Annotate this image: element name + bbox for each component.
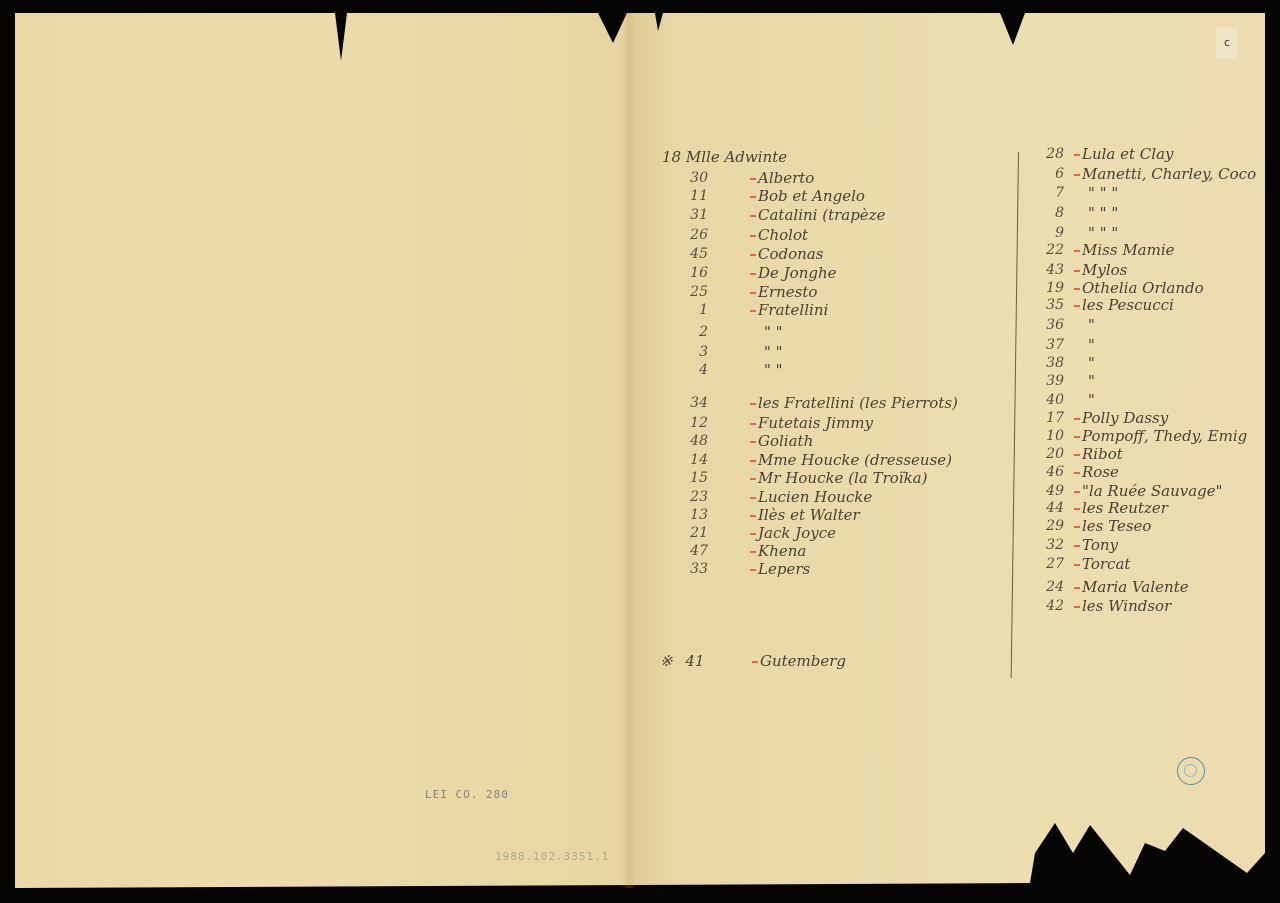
- header-entry: 18 Mlle Adwinte: [662, 148, 787, 166]
- entry-number: 36: [1036, 317, 1064, 333]
- entry-number: 42: [1036, 598, 1064, 614]
- entry-name: Futetais Jimmy: [758, 414, 873, 432]
- corner-label: c: [1216, 27, 1238, 59]
- entry-name: Lepers: [758, 560, 810, 578]
- list-item: les Fratellini (les Pierrots): [750, 394, 958, 412]
- entry-number: 31: [680, 207, 708, 223]
- list-item: Torcat: [1074, 555, 1130, 573]
- entry-name: ": [1088, 316, 1095, 334]
- red-mark-icon: [1074, 250, 1080, 252]
- entry-name: Miss Mamie: [1082, 241, 1175, 259]
- entry-name: Ernesto: [758, 283, 817, 301]
- entry-name: Fratellini: [758, 301, 828, 319]
- list-item: Lucien Houcke: [750, 488, 872, 506]
- entry-number: 22: [1036, 242, 1064, 258]
- list-item: De Jonghe: [750, 264, 837, 282]
- red-mark-icon: [1074, 606, 1080, 608]
- red-mark-icon: [1074, 472, 1080, 474]
- entry-name: Goliath: [758, 432, 813, 450]
- entry-number: 35: [1036, 297, 1064, 313]
- entry-number: 34: [680, 395, 708, 411]
- entry-name: Ribot: [1082, 445, 1123, 463]
- list-item: Mylos: [1074, 261, 1127, 279]
- entry-name: "la Ruée Sauvage": [1082, 482, 1223, 500]
- list-item: Miss Mamie: [1074, 241, 1175, 259]
- entry-name: Khena: [758, 542, 806, 560]
- red-mark-icon: [1074, 154, 1080, 156]
- red-mark-icon: [1074, 305, 1080, 307]
- entry-name: ": [1088, 391, 1095, 409]
- entry-number: 19: [1036, 280, 1064, 296]
- red-mark-icon: [750, 273, 756, 275]
- entry-name: " ": [764, 343, 783, 361]
- red-mark-icon: [750, 178, 756, 180]
- entry-name: ": [1088, 354, 1095, 372]
- list-item: " " ": [1088, 184, 1118, 202]
- list-item: Pompoff, Thedy, Emig: [1074, 427, 1247, 445]
- red-mark-icon: [750, 478, 756, 480]
- red-mark-icon: [1074, 491, 1080, 493]
- red-mark-icon: [750, 515, 756, 517]
- entry-name: les Teseo: [1082, 517, 1151, 535]
- red-mark-icon: [750, 460, 756, 462]
- entry-number: 3: [680, 344, 708, 360]
- entry-number: 32: [1036, 537, 1064, 553]
- entry-number: 43: [1036, 262, 1064, 278]
- accession-number: 1988.102.3351.1: [495, 850, 609, 863]
- entry-name: Maria Valente: [1082, 578, 1189, 596]
- list-item: " ": [764, 323, 783, 341]
- entry-number: 6: [1036, 166, 1064, 182]
- red-mark-icon: [1074, 436, 1080, 438]
- entry-name: les Pescucci: [1082, 296, 1174, 314]
- entry-name: Jack Joyce: [758, 524, 836, 542]
- list-item: Ribot: [1074, 445, 1123, 463]
- entry-number: 40: [1036, 392, 1064, 408]
- entry-number: 37: [1036, 337, 1064, 353]
- entry-number: 29: [1036, 518, 1064, 534]
- list-item: Maria Valente: [1074, 578, 1189, 596]
- list-item: Ernesto: [750, 283, 817, 301]
- list-item: Goliath: [750, 432, 813, 450]
- entry-name: Catalini (trapèze: [758, 206, 885, 224]
- entry-number: 9: [1036, 225, 1064, 241]
- list-item: Catalini (trapèze: [750, 206, 885, 224]
- entry-number: 11: [680, 188, 708, 204]
- entry-number: 30: [680, 170, 708, 186]
- entry-number: 27: [1036, 556, 1064, 572]
- list-item: ": [1088, 316, 1095, 334]
- entry-name: " " ": [1088, 184, 1118, 202]
- entry-name: De Jonghe: [758, 264, 837, 282]
- entry-number: 13: [680, 507, 708, 523]
- entry-number: 24: [1036, 579, 1064, 595]
- footer-entry: ※ 41: [660, 652, 704, 670]
- list-item: " ": [764, 361, 783, 379]
- entry-name: Ilès et Walter: [758, 506, 860, 524]
- entry-name: Polly Dassy: [1082, 409, 1168, 427]
- list-item: " ": [764, 343, 783, 361]
- red-mark-icon: [750, 310, 756, 312]
- entry-number: 17: [1036, 410, 1064, 426]
- list-item: Ilès et Walter: [750, 506, 860, 524]
- list-item: Mme Houcke (dresseuse): [750, 451, 952, 469]
- entry-number: 7: [1036, 185, 1064, 201]
- red-mark-icon: [1074, 454, 1080, 456]
- entry-number: 45: [680, 246, 708, 262]
- list-item: Mr Houcke (la Troïka): [750, 469, 927, 487]
- red-mark-icon: [750, 441, 756, 443]
- entry-name: Othelia Orlando: [1082, 279, 1204, 297]
- list-item: Codonas: [750, 245, 823, 263]
- red-mark-icon: [750, 292, 756, 294]
- red-mark-icon: [750, 569, 756, 571]
- entry-number: 15: [680, 470, 708, 486]
- entry-number: 14: [680, 452, 708, 468]
- entry-number: 28: [1036, 146, 1064, 162]
- list-item: Othelia Orlando: [1074, 279, 1204, 297]
- list-item: Bob et Angelo: [750, 187, 865, 205]
- red-mark-icon: [750, 215, 756, 217]
- red-mark-icon: [1074, 587, 1080, 589]
- entry-number: 47: [680, 543, 708, 559]
- entry-name: Rose: [1082, 463, 1119, 481]
- red-mark-icon: [750, 254, 756, 256]
- entry-name: Pompoff, Thedy, Emig: [1082, 427, 1247, 445]
- museum-stamp-icon: [1177, 757, 1205, 785]
- entry-number: 1: [680, 302, 708, 318]
- entry-number: 39: [1036, 373, 1064, 389]
- entry-name: " " ": [1088, 204, 1118, 222]
- list-item: les Teseo: [1074, 517, 1151, 535]
- entry-name: " ": [764, 323, 783, 341]
- entry-number: 12: [680, 415, 708, 431]
- entry-number: 10: [1036, 428, 1064, 444]
- entry-name: Mme Houcke (dresseuse): [758, 451, 952, 469]
- red-mark-icon: [750, 403, 756, 405]
- list-item: Fratellini: [750, 301, 828, 319]
- pencil-note: LEI CO. 280: [425, 788, 509, 801]
- entry-name: les Windsor: [1082, 597, 1171, 615]
- footer-entry-name: Gutemberg: [752, 652, 846, 670]
- entry-number: 4: [680, 362, 708, 378]
- list-item: ": [1088, 372, 1095, 390]
- list-item: Alberto: [750, 169, 814, 187]
- entry-number: 8: [1036, 205, 1064, 221]
- entry-name: Torcat: [1082, 555, 1130, 573]
- red-mark-icon: [1074, 418, 1080, 420]
- red-mark-icon: [750, 551, 756, 553]
- red-mark-icon: [750, 497, 756, 499]
- entry-number: 38: [1036, 355, 1064, 371]
- entry-name: Tony: [1082, 536, 1118, 554]
- list-item: les Windsor: [1074, 597, 1171, 615]
- red-mark-icon: [1074, 270, 1080, 272]
- list-item: Khena: [750, 542, 806, 560]
- red-mark-icon: [1074, 564, 1080, 566]
- entry-number: 26: [680, 227, 708, 243]
- list-item: Futetais Jimmy: [750, 414, 873, 432]
- red-mark-icon: [1074, 508, 1080, 510]
- entry-number: 46: [1036, 464, 1064, 480]
- list-item: ": [1088, 391, 1095, 409]
- entry-number: 33: [680, 561, 708, 577]
- red-mark-icon: [1074, 288, 1080, 290]
- entry-name: Bob et Angelo: [758, 187, 865, 205]
- red-mark-icon: [750, 423, 756, 425]
- entry-number: 23: [680, 489, 708, 505]
- entry-name: Mylos: [1082, 261, 1127, 279]
- list-item: " " ": [1088, 204, 1118, 222]
- asterism-mark: ※: [660, 652, 673, 670]
- list-item: "la Ruée Sauvage": [1074, 482, 1223, 500]
- entry-name: Cholot: [758, 226, 808, 244]
- entry-number: 18: [662, 148, 681, 166]
- entry-name: Lucien Houcke: [758, 488, 872, 506]
- list-item: Lula et Clay: [1074, 145, 1174, 163]
- entry-number: 2: [680, 324, 708, 340]
- entry-number: 21: [680, 525, 708, 541]
- list-item: Manetti, Charley, Coco: [1074, 165, 1256, 183]
- list-item: les Pescucci: [1074, 296, 1174, 314]
- entry-name: ": [1088, 372, 1095, 390]
- center-fold: [622, 13, 636, 888]
- list-item: Cholot: [750, 226, 808, 244]
- entry-number: 44: [1036, 500, 1064, 516]
- entry-name: les Reutzer: [1082, 499, 1168, 517]
- entry-name: Codonas: [758, 245, 823, 263]
- list-item: " " ": [1088, 224, 1118, 242]
- entry-name: " ": [764, 361, 783, 379]
- red-mark-icon: [750, 196, 756, 198]
- red-mark-icon: [1074, 174, 1080, 176]
- list-item: ": [1088, 336, 1095, 354]
- red-mark-icon: [752, 661, 758, 663]
- list-item: Rose: [1074, 463, 1119, 481]
- entry-name: Alberto: [758, 169, 814, 187]
- entry-name: Mlle Adwinte: [686, 148, 787, 166]
- red-mark-icon: [1074, 526, 1080, 528]
- entry-number: 41: [685, 652, 704, 670]
- list-item: ": [1088, 354, 1095, 372]
- list-item: Jack Joyce: [750, 524, 836, 542]
- entry-number: 25: [680, 284, 708, 300]
- list-item: Lepers: [750, 560, 810, 578]
- red-mark-icon: [750, 533, 756, 535]
- entry-name: Manetti, Charley, Coco: [1082, 165, 1256, 183]
- entry-number: 49: [1036, 483, 1064, 499]
- list-item: les Reutzer: [1074, 499, 1168, 517]
- list-item: Polly Dassy: [1074, 409, 1168, 427]
- entry-number: 16: [680, 265, 708, 281]
- entry-name: " " ": [1088, 224, 1118, 242]
- red-mark-icon: [1074, 545, 1080, 547]
- list-item: Tony: [1074, 536, 1118, 554]
- entry-name: Mr Houcke (la Troïka): [758, 469, 927, 487]
- entry-number: 48: [680, 433, 708, 449]
- entry-number: 20: [1036, 446, 1064, 462]
- red-mark-icon: [750, 235, 756, 237]
- entry-name: les Fratellini (les Pierrots): [758, 394, 958, 412]
- entry-name: Lula et Clay: [1082, 145, 1174, 163]
- entry-name: ": [1088, 336, 1095, 354]
